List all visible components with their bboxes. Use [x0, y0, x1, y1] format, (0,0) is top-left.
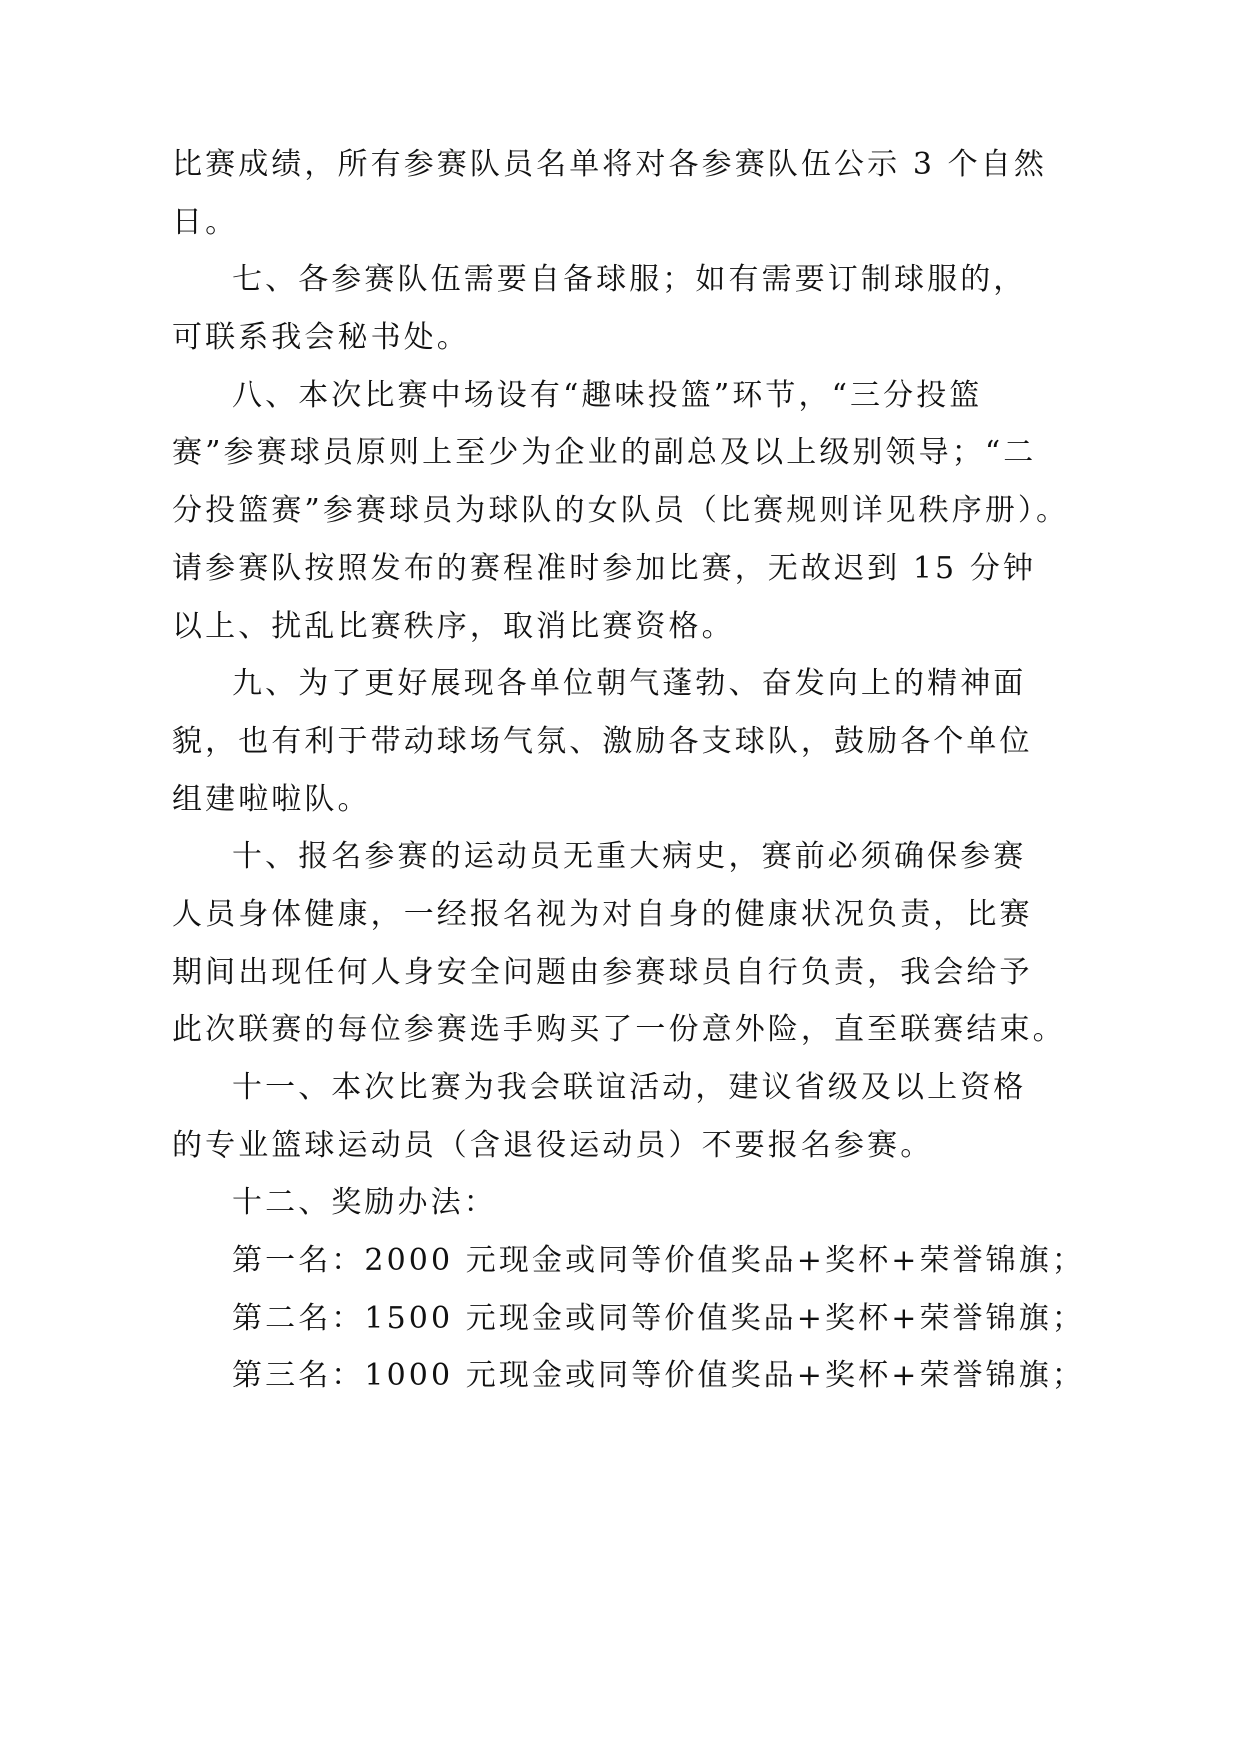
text-line: 期间出现任何人身安全问题由参赛球员自行负责，我会给予 — [172, 944, 947, 1002]
award-second-place: 第二名：1500 元现金或同等价值奖品+奖杯+荣誉锦旗； — [172, 1290, 947, 1348]
text-line: 此次联赛的每位参赛选手购买了一份意外险，直至联赛结束。 — [172, 1001, 947, 1059]
text-line: 貌，也有利于带动球场气氛、激励各支球队，鼓励各个单位 — [172, 713, 947, 771]
document-page: 比赛成绩，所有参赛队员名单将对各参赛队伍公示 3 个自然 日。 七、各参赛队伍需… — [172, 136, 947, 1405]
paragraph-12-heading: 十二、奖励办法： — [172, 1174, 947, 1232]
award-first-place: 第一名：2000 元现金或同等价值奖品+奖杯+荣誉锦旗； — [172, 1232, 947, 1290]
paragraph-10-start: 十、报名参赛的运动员无重大病史，赛前必须确保参赛 — [172, 828, 947, 886]
text-line: 分投篮赛”参赛球员为球队的女队员（比赛规则详见秩序册）。 — [172, 482, 947, 540]
paragraph-9-start: 九、为了更好展现各单位朝气蓬勃、奋发向上的精神面 — [172, 655, 947, 713]
text-line: 赛”参赛球员原则上至少为企业的副总及以上级别领导；“二 — [172, 424, 947, 482]
text-line: 以上、扰乱比赛秩序，取消比赛资格。 — [172, 598, 947, 656]
paragraph-11-start: 十一、本次比赛为我会联谊活动，建议省级及以上资格 — [172, 1059, 947, 1117]
text-line: 组建啦啦队。 — [172, 771, 947, 829]
text-line: 请参赛队按照发布的赛程准时参加比赛，无故迟到 15 分钟 — [172, 540, 947, 598]
paragraph-7-start: 七、各参赛队伍需要自备球服；如有需要订制球服的， — [172, 251, 947, 309]
text-line: 的专业篮球运动员（含退役运动员）不要报名参赛。 — [172, 1117, 947, 1175]
text-line: 可联系我会秘书处。 — [172, 309, 947, 367]
award-third-place: 第三名：1000 元现金或同等价值奖品+奖杯+荣誉锦旗； — [172, 1347, 947, 1405]
paragraph-8-start: 八、本次比赛中场设有“趣味投篮”环节，“三分投篮 — [172, 367, 947, 425]
text-line: 人员身体健康，一经报名视为对自身的健康状况负责，比赛 — [172, 886, 947, 944]
text-line: 日。 — [172, 194, 947, 252]
text-line: 比赛成绩，所有参赛队员名单将对各参赛队伍公示 3 个自然 — [172, 136, 947, 194]
